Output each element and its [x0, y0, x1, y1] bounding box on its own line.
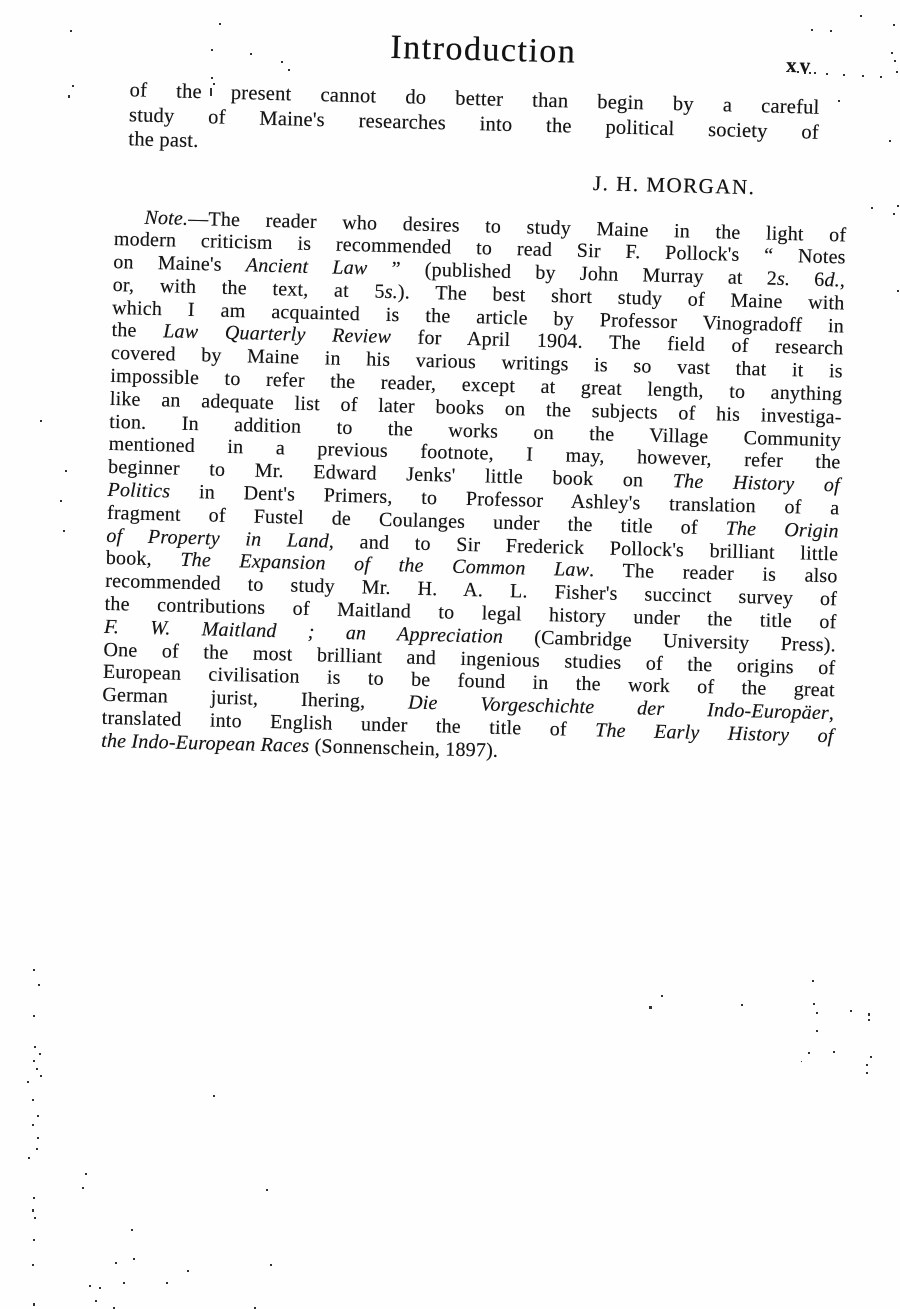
scan-speck [34, 1046, 36, 1048]
scan-speck [896, 71, 898, 73]
scan-speck [893, 213, 895, 215]
scan-speck [63, 530, 65, 532]
scan-speck [830, 30, 832, 32]
scan-speck [33, 1239, 35, 1241]
scan-speck [36, 1148, 38, 1150]
scan-speck [72, 85, 74, 87]
scan-speck [32, 1099, 34, 1101]
scan-speck [33, 1303, 35, 1306]
scan-speck [862, 75, 864, 77]
scan-speck [866, 1072, 868, 1074]
scan-speck [32, 1264, 34, 1266]
scan-speck [131, 1229, 133, 1231]
scan-speck [213, 1095, 215, 1097]
scan-speck [60, 500, 62, 502]
scan-speck [808, 1052, 810, 1054]
scan-speck [70, 30, 72, 32]
scan-speck [843, 74, 845, 76]
scan-speck [33, 1197, 35, 1199]
scan-speck [816, 1012, 818, 1014]
scan-speck [85, 1173, 87, 1175]
scan-speck [801, 1061, 802, 1062]
scan-speck [34, 1217, 36, 1219]
scan-speck [809, 72, 811, 74]
scan-speck [40, 1075, 42, 1077]
scan-speck [266, 1189, 268, 1191]
scan-speck [897, 205, 899, 207]
scan-speck [82, 1187, 84, 1189]
scan-speck [89, 1285, 91, 1287]
scan-speck [95, 1300, 97, 1302]
scan-speck [33, 969, 35, 971]
scan-speck [893, 24, 895, 26]
scan-speck [850, 1010, 852, 1012]
scan-speck [219, 23, 221, 25]
scan-speck [250, 53, 252, 55]
scan-speck [826, 73, 828, 75]
scan-speck [797, 71, 799, 73]
scan-speck [115, 1262, 117, 1264]
scan-speck [32, 1209, 34, 1212]
page-title: Introduction [117, 22, 850, 79]
scan-speck [741, 1004, 743, 1006]
scan-speck [860, 15, 862, 17]
scan-speck [866, 1064, 868, 1066]
scan-speck [27, 1081, 29, 1083]
scan-speck [894, 60, 896, 62]
scan-speck [838, 100, 840, 102]
scan-speck [288, 69, 290, 71]
scan-speck [816, 1030, 818, 1032]
scan-speck [211, 49, 213, 51]
scan-speck [39, 1053, 41, 1055]
opening-paragraph: of the present cannot do better than beg… [128, 78, 820, 169]
scan-speck [36, 1068, 38, 1070]
scan-speck [37, 1115, 39, 1117]
scan-speck [870, 1056, 872, 1058]
scan-speck [166, 1282, 168, 1284]
scan-speck [187, 1270, 189, 1272]
scan-speck [891, 52, 893, 54]
scan-speck [28, 1157, 30, 1159]
scan-speck [213, 83, 215, 85]
scanned-book-page: Introduction xv of the present cannot do… [0, 0, 900, 1309]
scan-speck [211, 77, 213, 79]
scan-speck [210, 88, 212, 96]
scan-speck [833, 1051, 835, 1053]
scan-speck [65, 470, 67, 472]
scan-speck [661, 995, 663, 997]
page-number: xv [786, 53, 814, 79]
scan-speck [811, 29, 813, 31]
scan-speck [123, 1282, 125, 1284]
scan-speck [871, 207, 873, 209]
scan-speck [270, 1264, 272, 1266]
scan-speck [813, 1003, 815, 1005]
scan-speck [868, 1013, 870, 1016]
scan-speck [814, 72, 816, 74]
note-paragraph: Note.—The reader who desires to study Ma… [101, 205, 847, 770]
page-body: of the present cannot do better than beg… [101, 78, 850, 771]
scan-speck [32, 1124, 34, 1126]
scan-speck [37, 1137, 39, 1139]
scan-speck [897, 290, 899, 292]
scan-speck [889, 140, 891, 142]
scan-speck [649, 1006, 652, 1009]
scan-speck [40, 420, 42, 422]
scan-speck [38, 984, 40, 986]
scan-speck [812, 980, 814, 982]
scan-speck [33, 1015, 35, 1017]
scan-speck [804, 72, 806, 74]
scan-speck [99, 1287, 101, 1289]
scan-speck [68, 95, 70, 98]
scan-speck [880, 76, 882, 78]
scan-speck [133, 1258, 135, 1260]
scan-speck [281, 61, 283, 63]
scan-speck [33, 1060, 35, 1062]
scan-speck [868, 1019, 870, 1021]
